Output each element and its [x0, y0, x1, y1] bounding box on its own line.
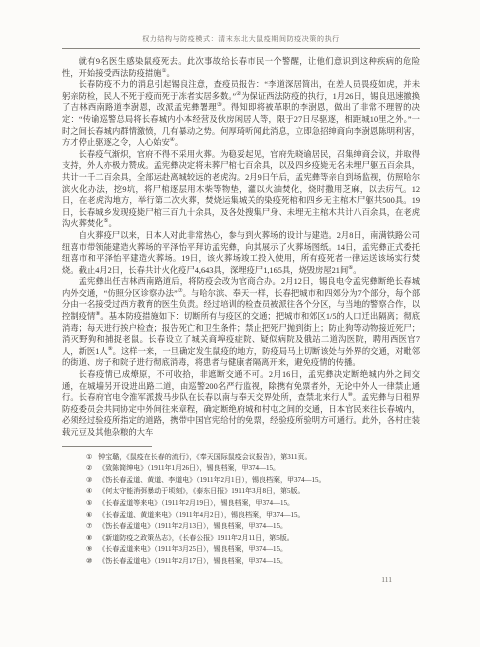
paragraph: 长春疫气渐炽，官府不得不采用火葬。为稳妥起见，官府先晓谕居民，召集绅商会议，并取… [62, 149, 420, 230]
page-number: 111 [62, 575, 420, 584]
footnote-ref: ② [236, 91, 241, 97]
paragraph: 就有9名医生感染鼠疫死去。此次事故给长春市民一个警醒，让他们意识到这种疾病的危险… [62, 56, 420, 79]
footnotes: ①钟宝璐，《鼠疫在长春的流行》，《奉天国际鼠疫会议报告》，第311页。②《致陈简… [62, 452, 420, 568]
header-rule [62, 48, 420, 49]
footnote-item: ⑦《饬长春孟道电》（1911年2月13日），锡良档案，甲374—15。 [86, 521, 420, 533]
footnote-text: 《新道防疫之政策丛志》，《长春公报》1911年2月11日，第5版。 [98, 534, 293, 542]
footnote-ref: ⑨ [108, 346, 113, 352]
footnote-item: ②《致陈简绅电》（1911年1月26日），锡良档案，甲374—15。 [86, 463, 420, 475]
footnote-ref: ⑧ [95, 311, 100, 317]
footnote-separator [62, 446, 152, 447]
footnote-marker: ⑤ [86, 498, 92, 510]
paragraph: 自火葬疫尸以来，日本人对此非常热心，参与到火葬场的设计与建造。2月8日，南满铁路… [62, 230, 420, 276]
footnote-text: 《饬长春孟道电》（1911年2月17日），锡良档案，甲374—15。 [98, 557, 287, 565]
footnote-text: 《长春孟道来电》（1911年3月25日），锡良档案，甲374—15。 [98, 545, 287, 553]
footnote-ref: ⑤ [104, 219, 109, 225]
footnote-text: 《长春孟道等来电》（1911年2月19日），锡良档案，甲374—15。 [98, 499, 294, 507]
paragraph: 长春疫情已成燎原，不可收拾，非遮断交通不可。2月16日，孟宪彝决定断绝城内外之间… [62, 369, 420, 439]
footnote-ref: ⑩ [348, 392, 353, 398]
footnote-text: 《致陈简绅电》（1911年1月26日），锡良档案，甲374—15。 [98, 464, 280, 472]
footnote-text: 《饬长春孟道电》（1911年2月13日），锡良档案，甲374—15。 [98, 522, 287, 530]
running-head: 权力结构与防疫模式：清末东北大鼠疫期间防疫决策的执行 [62, 34, 420, 48]
footnote-ref: ③ [217, 103, 222, 109]
footnote-marker: ② [86, 463, 92, 475]
footnote-item: ①钟宝璐，《鼠疫在长春的流行》，《奉天国际鼠疫会议报告》，第311页。 [86, 452, 420, 464]
paragraph: 长春防疫不力的消息引起锡良注意，查疫员报告：“李道深居简出，在差人员畏疫如虎，并… [62, 79, 420, 149]
footnote-marker: ① [86, 452, 92, 464]
footnote-item: ④《何太守能消弭暴动于顷刻》，《泰东日报》1911年3月8日，第5版。 [86, 486, 420, 498]
body-text: 就有9名医生感染鼠疫死去。此次事故给长春市民一个警醒，让他们意识到这种疾病的危险… [62, 56, 420, 439]
footnote-item: ⑤《长春孟道等来电》（1911年2月19日），锡良档案，甲374—15。 [86, 498, 420, 510]
footnote-item: ⑩《饬长春孟道电》（1911年2月17日），锡良档案，甲374—15。 [86, 556, 420, 568]
footnote-marker: ⑥ [86, 510, 92, 522]
footnote-marker: ⑧ [86, 533, 92, 545]
paragraph: 孟宪彝出任吉林西南路道后，将防疫会改为官商合办。2月12日，锡良电令孟宪彝断绝长… [62, 276, 420, 369]
footnote-ref: ④ [170, 137, 175, 143]
footnote-text: 《何太守能消弭暴动于顷刻》，《泰东日报》1911年3月8日，第5版。 [98, 487, 304, 495]
footnote-text: 《长春孟道、黄道来电》（1911年4月2日），锡良档案，甲374—15。 [98, 511, 304, 519]
footnote-text: 钟宝璐，《鼠疫在长春的流行》，《奉天国际鼠疫会议报告》，第311页。 [98, 453, 311, 461]
footnote-item: ⑨《长春孟道来电》（1911年3月25日），锡良档案，甲374—15。 [86, 544, 420, 556]
footnote-marker: ④ [86, 486, 92, 498]
footnote-item: ⑧《新道防疫之政策丛志》，《长春公报》1911年2月11日，第5版。 [86, 533, 420, 545]
footnote-item: ⑥《长春孟道、黄道来电》（1911年4月2日），锡良档案，甲374—15。 [86, 510, 420, 522]
footnote-ref: ⑥ [348, 265, 353, 271]
footnote-ref: ① [162, 68, 167, 74]
footnote-marker: ⑩ [86, 556, 92, 568]
footnote-text: 《饬长春孟道、黄道、李道电》（1911年2月1日），锡良档案，甲374—15。 [98, 476, 325, 484]
footnote-marker: ⑦ [86, 521, 92, 533]
footnote-item: ③《饬长春孟道、黄道、李道电》（1911年2月1日），锡良档案，甲374—15。 [86, 475, 420, 487]
footnote-marker: ③ [86, 475, 92, 487]
footnote-marker: ⑨ [86, 544, 92, 556]
footnote-ref: ⑦ [178, 288, 183, 294]
document-page: 权力结构与防疫模式：清末东北大鼠疫期间防疫决策的执行 就有9名医生感染鼠疫死去。… [0, 0, 480, 647]
